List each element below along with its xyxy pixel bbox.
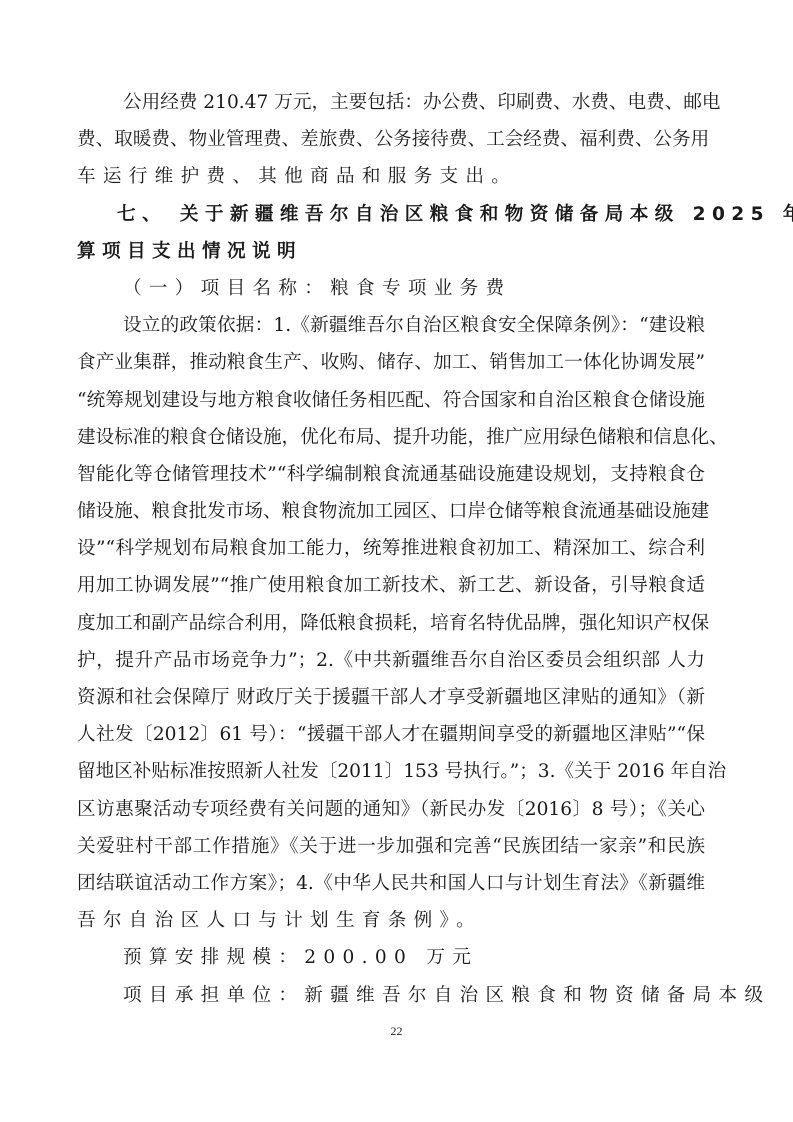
text-line: 费、取暖费、物业管理费、差旅费、公务接待费、工会经费、福利费、公务用	[77, 121, 705, 158]
text-line: 食产业集群，推动粮食生产、收购、储存、加工、销售加工一体化协调发展”	[77, 344, 705, 381]
responsible-unit: 项目承担单位：新疆维吾尔自治区粮食和物资储备局本级	[77, 977, 705, 1014]
text-line: 储设施、粮食批发市场、粮食物流加工园区、口岸仓储等粮食流通基础设施建	[77, 493, 705, 530]
policy-basis-paragraph: 设立的政策依据：1.《新疆维吾尔自治区粮食安全保障条例》：“建设粮 食产业集群，…	[77, 307, 705, 939]
text-line: 度加工和副产品综合利用，降低粮食损耗，培育名特优品牌，强化知识产权保	[77, 605, 705, 642]
text-line: 公用经费 210.47 万元，主要包括：办公费、印刷费、水费、电费、邮电	[77, 84, 705, 121]
text-line: 设立的政策依据：1.《新疆维吾尔自治区粮食安全保障条例》：“建设粮	[77, 307, 705, 344]
text-line: 关爱驻村干部工作措施》《关于进一步加强和完善“民族团结一家亲”和民族	[77, 828, 705, 865]
heading-line: 算项目支出情况说明	[77, 233, 705, 270]
text-line: 智能化等仓储管理技术”“科学编制粮食流通基础设施建设规划，支持粮食仓	[77, 456, 705, 493]
budget-scale: 预算安排规模：200.00 万元	[77, 939, 705, 976]
text-line: 建设标准的粮食仓储设施，优化布局、提升功能，推广应用绿色储粮和信息化、	[77, 419, 705, 456]
text-line: 资源和社会保障厅 财政厅关于援疆干部人才享受新疆地区津贴的通知》（新	[77, 679, 705, 716]
public-funds-paragraph: 公用经费 210.47 万元，主要包括：办公费、印刷费、水费、电费、邮电 费、取…	[77, 84, 705, 196]
page-number: 22	[0, 1024, 793, 1039]
text-line: 用加工协调发展”“推广使用粮食加工新技术、新工艺、新设备，引导粮食适	[77, 567, 705, 604]
text-line: 区访惠聚活动专项经费有关问题的通知》（新民办发〔2016〕8 号）；《关心	[77, 791, 705, 828]
document-page: 公用经费 210.47 万元，主要包括：办公费、印刷费、水费、电费、邮电 费、取…	[77, 84, 705, 1014]
heading-line: 七、 关于新疆维吾尔自治区粮食和物资储备局本级 2025 年一般公共预	[77, 196, 705, 233]
text-line: 护，提升产品市场竞争力”；2.《中共新疆维吾尔自治区委员会组织部 人力	[77, 642, 705, 679]
section-heading: 七、 关于新疆维吾尔自治区粮食和物资储备局本级 2025 年一般公共预 算项目支…	[77, 196, 705, 270]
text-line: 吾尔自治区人口与计划生育条例》。	[77, 902, 705, 939]
text-line: 留地区补贴标准按照新人社发〔2011〕153 号执行。”；3.《关于 2016 …	[77, 753, 705, 790]
text-line: 设”“科学规划布局粮食加工能力，统筹推进粮食初加工、精深加工、综合利	[77, 530, 705, 567]
text-line: 车运行维护费、其他商品和服务支出。	[77, 158, 705, 195]
project-name: （一）项目名称：粮食专项业务费	[77, 270, 705, 307]
text-line: 团结联谊活动工作方案》；4.《中华人民共和国人口与计划生育法》《新疆维	[77, 865, 705, 902]
text-line: 人社发〔2012〕61 号）：“援疆干部人才在疆期间享受的新疆地区津贴”“保	[77, 716, 705, 753]
text-line: “统筹规划建设与地方粮食收储任务相匹配、符合国家和自治区粮食仓储设施	[77, 382, 705, 419]
